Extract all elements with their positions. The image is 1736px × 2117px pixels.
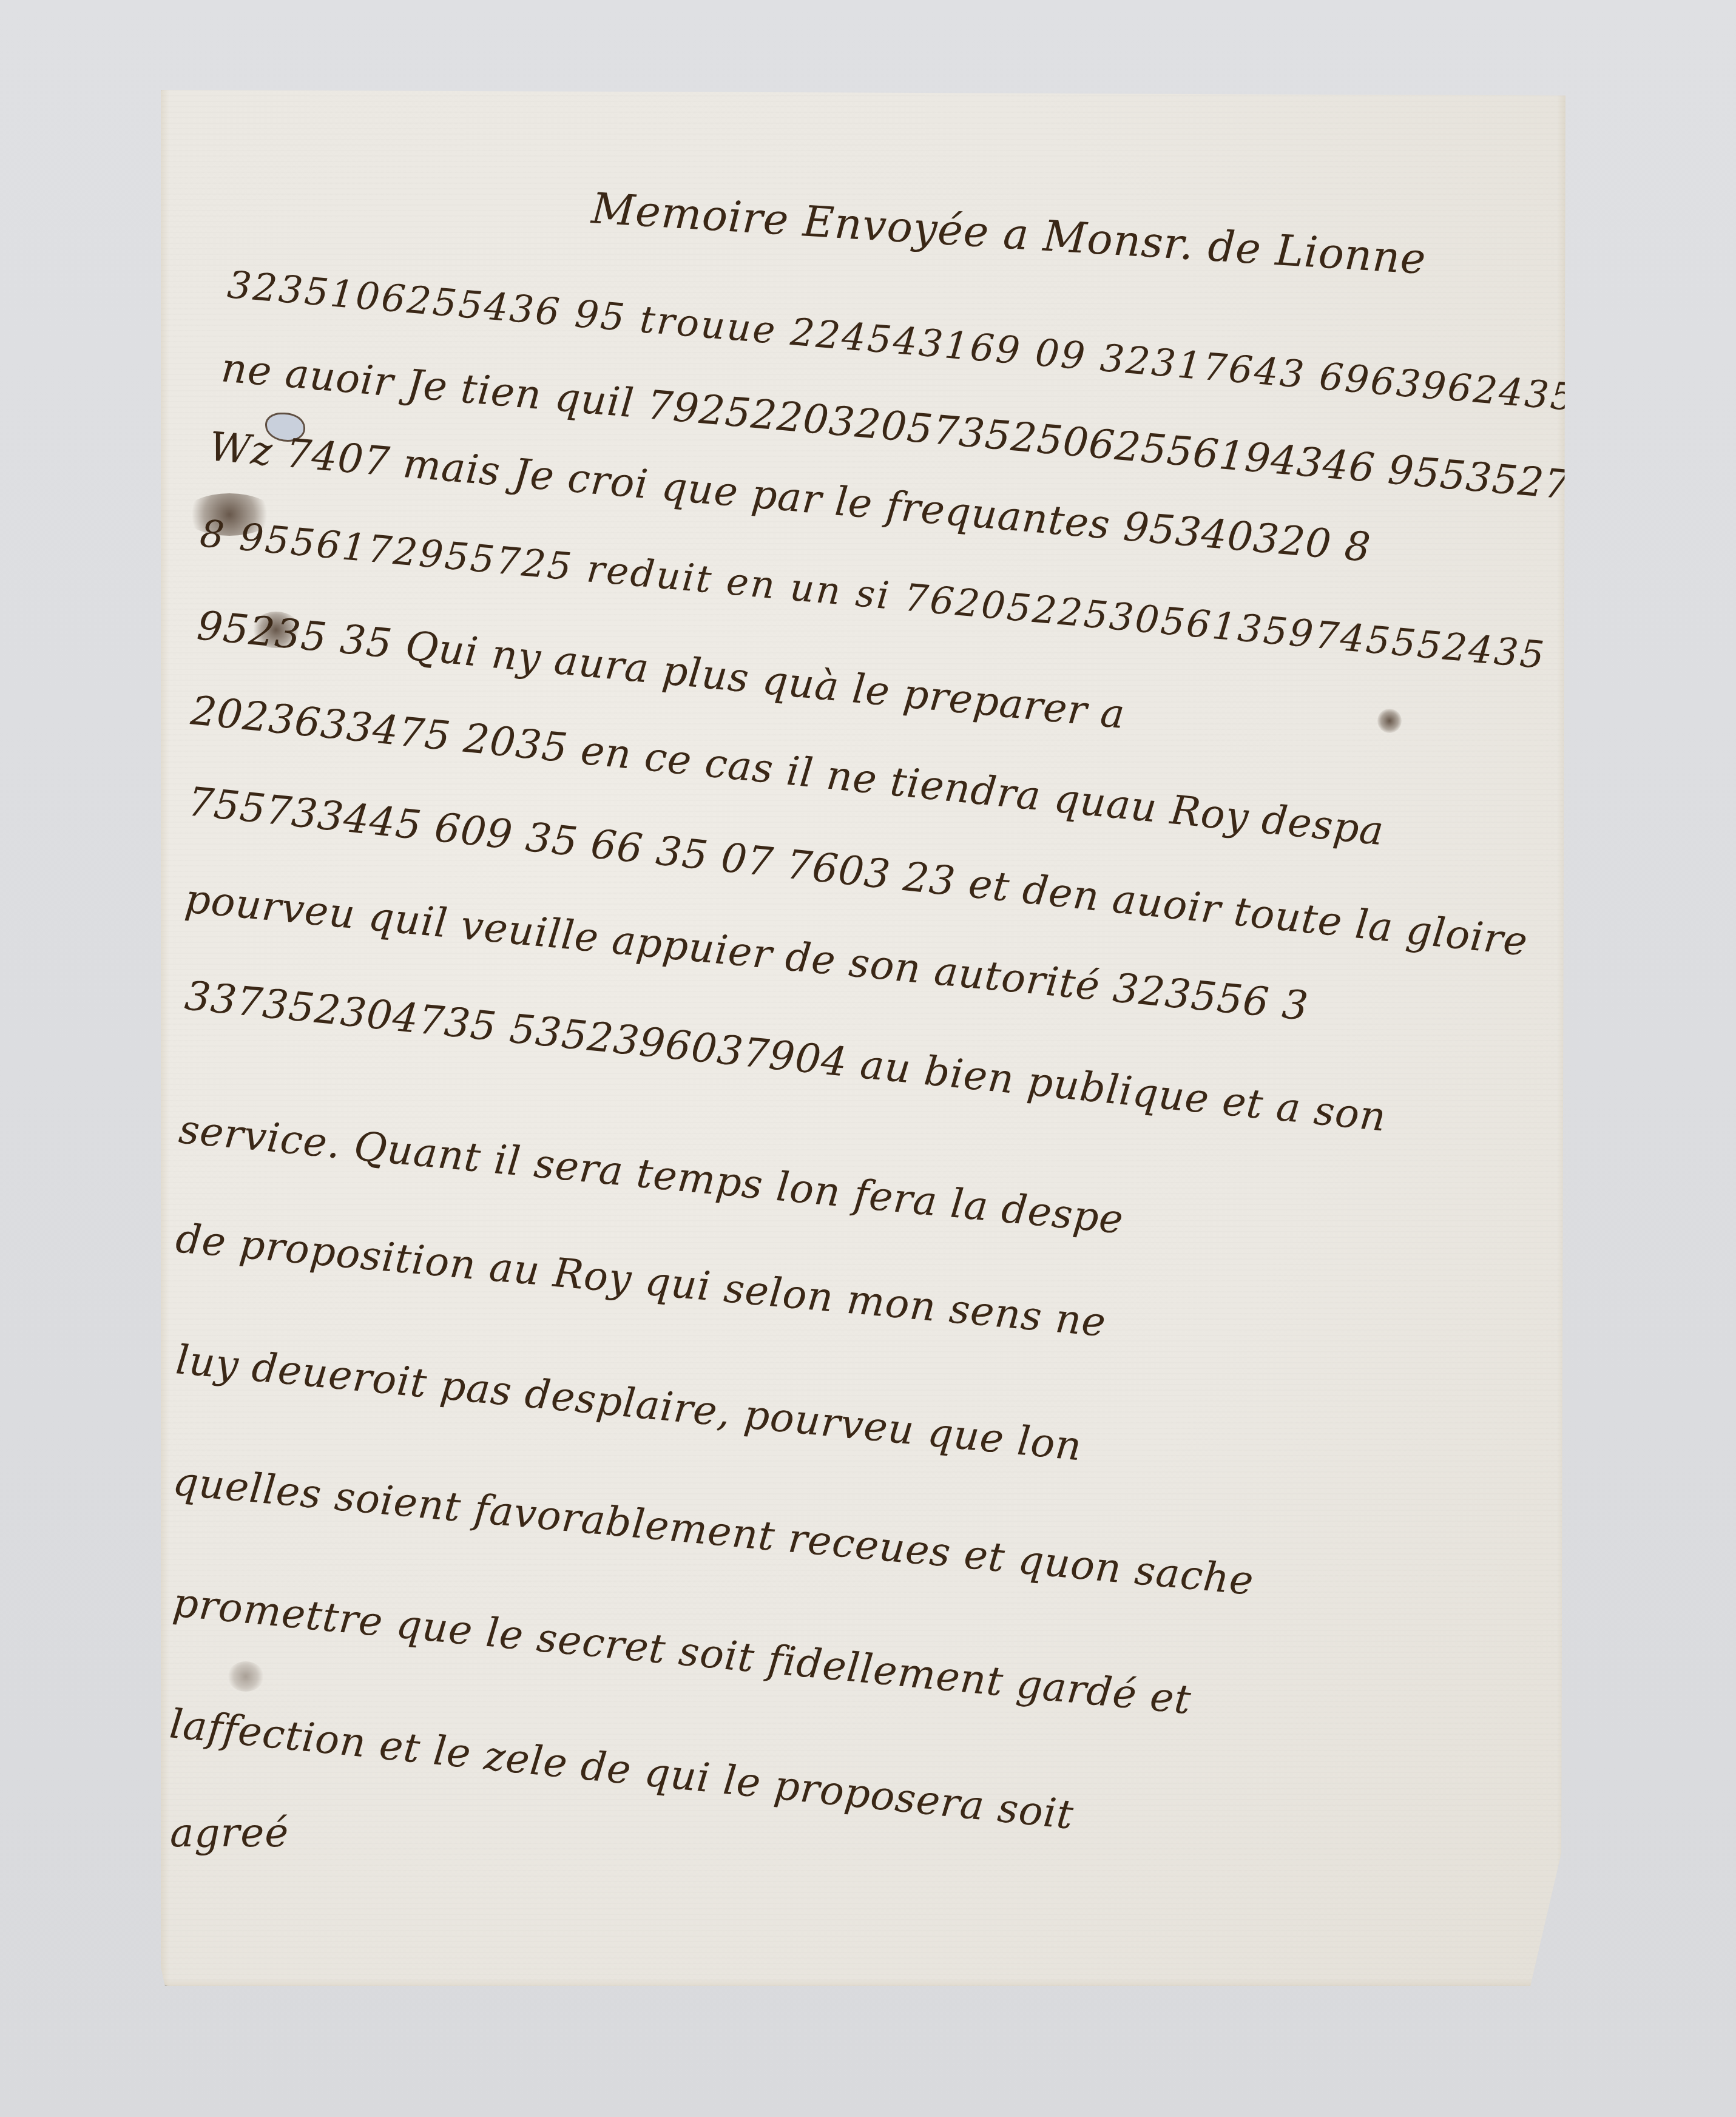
manuscript-line: laffection et le zele de qui le proposer…	[168, 1704, 1076, 1835]
manuscript-line: quelles soient favorablement receues et …	[171, 1461, 1255, 1601]
ink-blot	[1377, 709, 1402, 733]
manuscript-line: service. Quant il sera temps lon fera la…	[177, 1109, 1126, 1240]
ink-blot	[228, 1661, 264, 1692]
manuscript-line: de proposition au Roy qui selon mon sens…	[174, 1218, 1108, 1343]
manuscript-page: Memoire Envoyée a Monsr. de Lionne 32351…	[161, 90, 1565, 1986]
manuscript-line: promettre que le secret soit fidellement…	[171, 1582, 1193, 1720]
document-title: Memoire Envoyée a Monsr. de Lionne	[590, 187, 1428, 280]
manuscript-line: luy deueroit pas desplaire, pourveu que …	[174, 1340, 1084, 1467]
manuscript-line: agreé	[170, 1813, 289, 1853]
